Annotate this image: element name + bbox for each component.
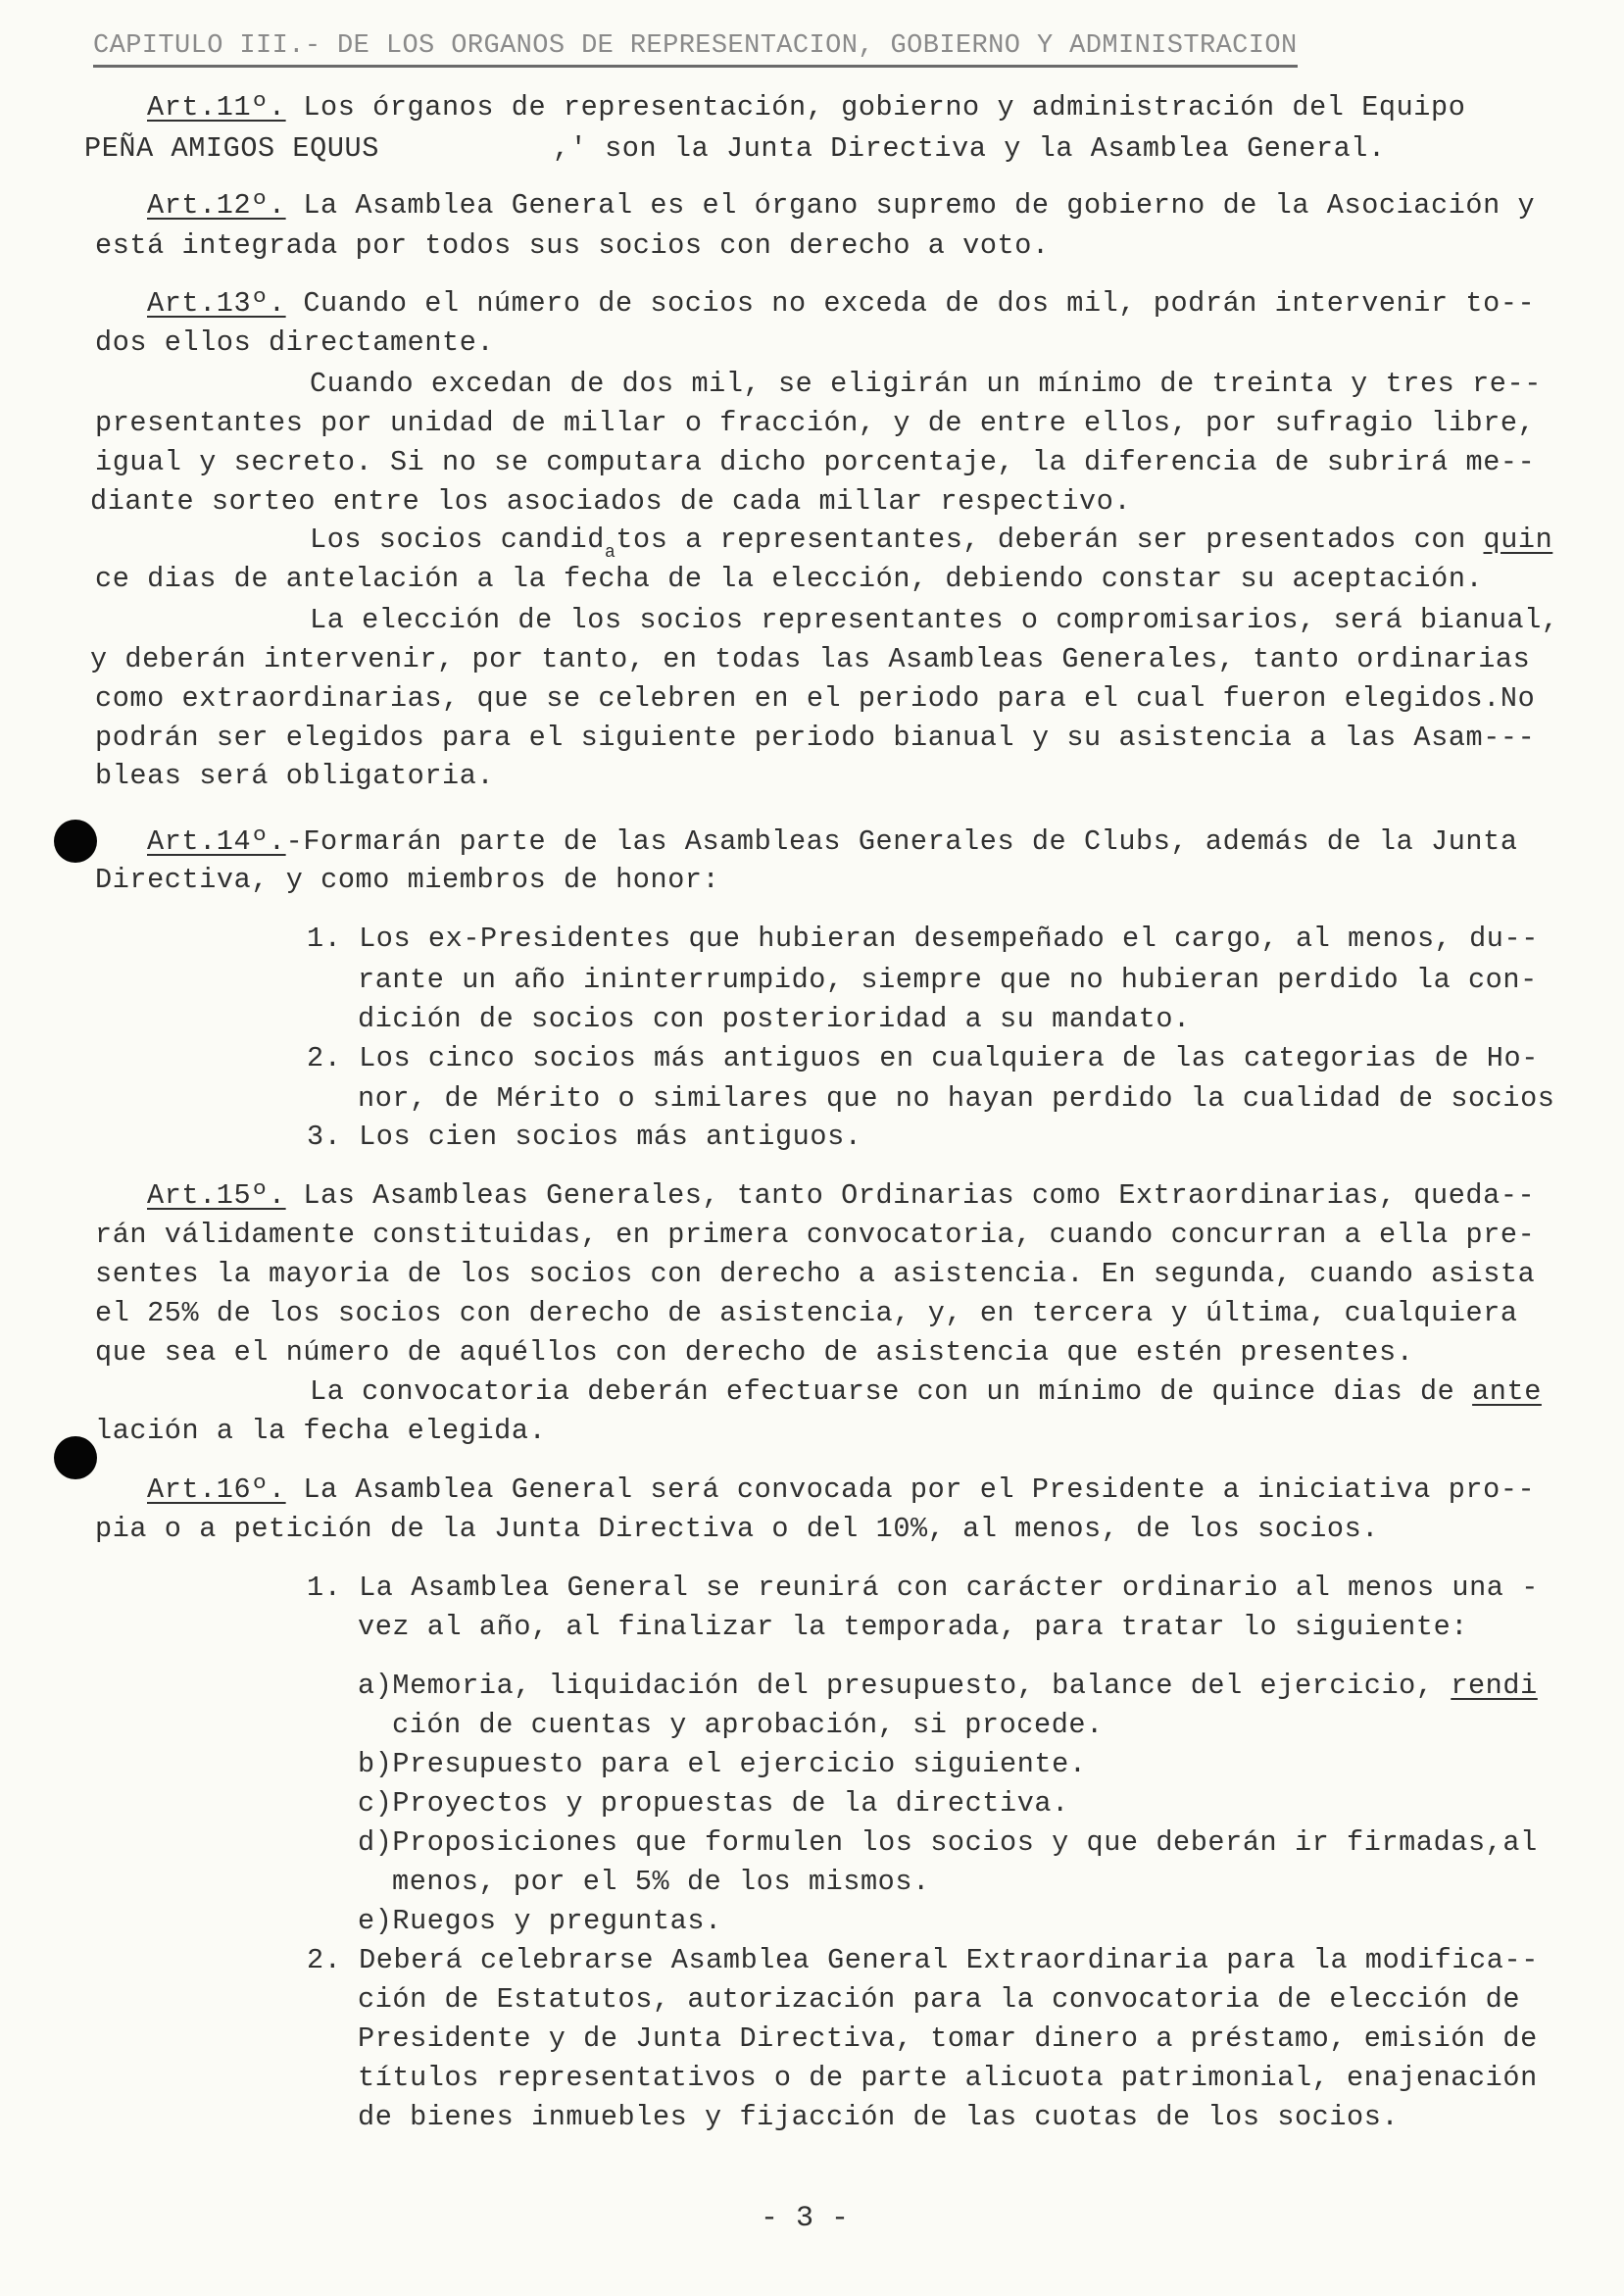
art14-line-1: Art.14º.-Formarán parte de las Asambleas… xyxy=(147,825,1518,859)
list-item: 2. Los cinco socios más antiguos en cual… xyxy=(307,1042,1539,1075)
sublist-item-cont: ción de cuentas y aprobación, si procede… xyxy=(392,1709,1104,1742)
list-item: 1. Los ex-Presidentes que hubieran desem… xyxy=(307,923,1539,956)
article-label: Art.15º. xyxy=(147,1179,286,1212)
art12-line-1: Art.12º. La Asamblea General es el órgan… xyxy=(147,189,1535,223)
punch-hole xyxy=(54,1436,97,1479)
art15-line-6: La convocatoria deberán efectuarse con u… xyxy=(310,1375,1542,1409)
list-item-cont: rante un año ininterrumpido, siempre que… xyxy=(358,964,1538,997)
art12-line-2: está integrada por todos sus socios con … xyxy=(95,229,1050,263)
art13-line-7: Los socios candidatos a representantes, … xyxy=(310,524,1552,560)
art13-line-4: presentantes por unidad de millar o frac… xyxy=(95,407,1535,440)
list-item: 3. Los cien socios más antiguos. xyxy=(307,1121,862,1154)
article-label: Art.14º. xyxy=(147,825,286,858)
art15-line-5: que sea el número de aquéllos con derech… xyxy=(95,1336,1413,1370)
punch-hole xyxy=(54,820,97,863)
art13-line-13: bleas será obligatoria. xyxy=(95,760,494,793)
art16-line-2: pia o a petición de la Junta Directiva o… xyxy=(95,1513,1379,1546)
art15-line-7: lación a la fecha elegida. xyxy=(95,1415,546,1448)
art13-line-6: diante sorteo entre los asociados de cad… xyxy=(90,485,1131,519)
article-label: Art.13º. xyxy=(147,287,286,320)
document-page: CAPITULO III.- DE LOS ORGANOS DE REPRESE… xyxy=(0,0,1624,2296)
art13-line-5: igual y secreto. Si no se computara dich… xyxy=(95,446,1535,479)
list-item-cont: nor, de Mérito o similares que no hayan … xyxy=(358,1082,1555,1116)
art13-line-8: ce dias de antelación a la fecha de la e… xyxy=(95,563,1483,596)
art11-line-2: PEÑA AMIGOS EQUUS ,' son la Junta Direct… xyxy=(84,132,1386,166)
list-item-cont: títulos representativos o de parte alicu… xyxy=(358,2062,1538,2095)
list-item-cont: Presidente y de Junta Directiva, tomar d… xyxy=(358,2022,1538,2056)
sublist-item: d)Proposiciones que formulen los socios … xyxy=(358,1826,1538,1860)
page-number: - 3 - xyxy=(761,2202,849,2235)
art13-line-1: Art.13º. Cuando el número de socios no e… xyxy=(147,287,1535,321)
article-label: Art.11º. xyxy=(147,91,286,124)
art15-line-2: rán válidamente constituidas, en primera… xyxy=(95,1219,1535,1252)
sublist-item-cont: menos, por el 5% de los mismos. xyxy=(392,1866,930,1899)
art13-line-2: dos ellos directamente. xyxy=(95,326,494,360)
list-item-cont: de bienes inmuebles y fijacción de las c… xyxy=(358,2101,1399,2134)
list-item-cont: dición de socios con posterioridad a su … xyxy=(358,1003,1191,1036)
article-label: Art.16º. xyxy=(147,1473,286,1506)
sublist-item: e)Ruegos y preguntas. xyxy=(358,1905,722,1938)
art15-line-4: el 25% de los socios con derecho de asis… xyxy=(95,1297,1518,1330)
chapter-title: CAPITULO III.- DE LOS ORGANOS DE REPRESE… xyxy=(93,29,1298,68)
art13-line-3: Cuando excedan de dos mil, se eligirán u… xyxy=(310,368,1542,401)
list-item: 1. La Asamblea General se reunirá con ca… xyxy=(307,1572,1539,1605)
art13-line-11: como extraordinarias, que se celebren en… xyxy=(95,682,1535,716)
art14-line-2: Directiva, y como miembros de honor: xyxy=(95,864,719,897)
art15-line-3: sentes la mayoria de los socios con dere… xyxy=(95,1258,1535,1291)
sublist-item: b)Presupuesto para el ejercicio siguient… xyxy=(358,1748,1087,1781)
art13-line-10: y deberán intervenir, por tanto, en toda… xyxy=(90,643,1530,676)
art13-line-12: podrán ser elegidos para el siguiente pe… xyxy=(95,722,1535,755)
sublist-item: c)Proyectos y propuestas de la directiva… xyxy=(358,1787,1069,1821)
list-item: 2. Deberá celebrarse Asamblea General Ex… xyxy=(307,1944,1539,1977)
art16-line-1: Art.16º. La Asamblea General será convoc… xyxy=(147,1473,1535,1507)
list-item-cont: ción de Estatutos, autorización para la … xyxy=(358,1983,1520,2017)
list-item-cont: vez al año, al finalizar la temporada, p… xyxy=(358,1611,1468,1644)
sublist-item: a)Memoria, liquidación del presupuesto, … xyxy=(358,1670,1538,1703)
art11-line-1: Art.11º. Los órganos de representación, … xyxy=(147,91,1465,125)
art15-line-1: Art.15º. Las Asambleas Generales, tanto … xyxy=(147,1179,1535,1213)
article-label: Art.12º. xyxy=(147,189,286,222)
art13-line-9: La elección de los socios representantes… xyxy=(310,604,1559,637)
